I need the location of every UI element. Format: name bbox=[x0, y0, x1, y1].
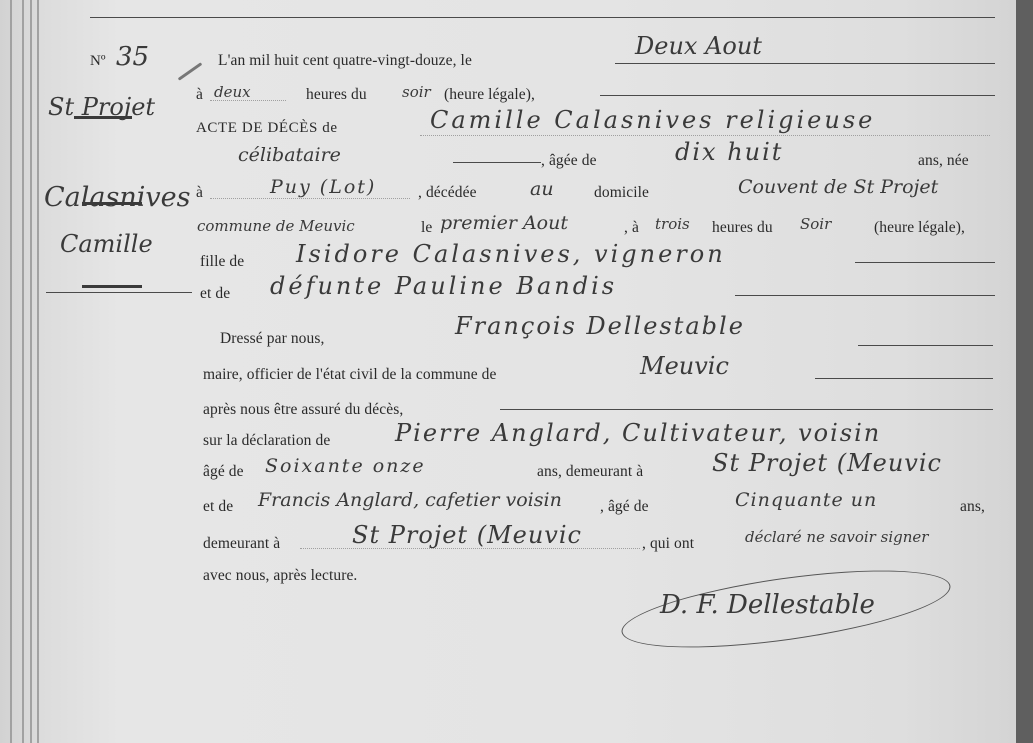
scan-border bbox=[1016, 0, 1033, 743]
margin-divider bbox=[82, 202, 142, 205]
handwritten-status: célibataire bbox=[238, 144, 341, 166]
printed-text: à bbox=[196, 86, 203, 104]
handwritten-death-hour: trois bbox=[655, 215, 690, 233]
printed-text: , âgé de bbox=[600, 498, 649, 516]
margin-bottom-rule bbox=[46, 292, 192, 293]
handwritten-commune: commune de Meuvic bbox=[197, 217, 355, 235]
fill-line bbox=[600, 95, 995, 96]
margin-surname: Calasnives bbox=[44, 182, 190, 213]
handwritten-death-period: Soir bbox=[800, 215, 831, 233]
printed-text: , âgée de bbox=[541, 152, 597, 170]
fill-line bbox=[453, 162, 541, 163]
act-title: ACTE DE DÉCÈS de bbox=[196, 120, 338, 137]
binding-line bbox=[37, 0, 39, 743]
fill-line bbox=[815, 378, 993, 379]
printed-text: (heure légale), bbox=[874, 219, 965, 237]
margin-given-name: Camille bbox=[60, 230, 153, 258]
handwritten-note: déclaré ne savoir signer bbox=[745, 528, 928, 546]
printed-text: ans, née bbox=[918, 152, 969, 170]
handwritten-period: soir bbox=[402, 83, 431, 101]
printed-text: ans, bbox=[960, 498, 985, 516]
handwritten-age-2: Cinquante un bbox=[735, 489, 877, 511]
entry-number-label: Nº bbox=[90, 53, 106, 70]
handwritten-deceased-name: Camille Calasnives religieuse bbox=[430, 106, 875, 134]
handwritten-mayor: François Dellestable bbox=[455, 312, 745, 340]
handwritten-commune-mayor: Meuvic bbox=[640, 352, 729, 380]
printed-text: avec nous, après lecture. bbox=[203, 567, 357, 585]
binding-line bbox=[10, 0, 12, 743]
printed-text: , à bbox=[624, 219, 639, 237]
margin-divider bbox=[74, 116, 132, 119]
printed-text: sur la déclaration de bbox=[203, 432, 330, 450]
handwritten-residence-1: St Projet (Meuvic bbox=[712, 449, 942, 477]
printed-text: le bbox=[421, 219, 432, 237]
printed-text: fille de bbox=[200, 253, 244, 271]
printed-text: , qui ont bbox=[642, 535, 694, 553]
handwritten-residence-2: St Projet (Meuvic bbox=[352, 521, 582, 549]
fill-line bbox=[615, 63, 995, 64]
handwritten-hour: deux bbox=[214, 83, 251, 101]
fill-line bbox=[855, 262, 995, 263]
printed-text: heures du bbox=[306, 86, 367, 104]
fill-line bbox=[300, 548, 640, 550]
pencil-mark bbox=[178, 62, 203, 81]
printed-text: maire, officier de l'état civil de la co… bbox=[203, 366, 497, 384]
handwritten-declarant-1: Pierre Anglard, Cultivateur, voisin bbox=[395, 419, 881, 447]
mayor-signature: D. F. Dellestable bbox=[660, 590, 875, 620]
fill-line bbox=[210, 100, 286, 102]
handwritten-date: Deux Aout bbox=[635, 32, 762, 60]
handwritten-birthplace: Puy (Lot) bbox=[270, 176, 376, 198]
printed-text: Dressé par nous, bbox=[220, 330, 324, 348]
handwritten-declarant-2: Francis Anglard, cafetier voisin bbox=[258, 489, 562, 511]
printed-text: et de bbox=[200, 285, 230, 303]
printed-text: âgé de bbox=[203, 463, 244, 481]
printed-text: ans, demeurant à bbox=[537, 463, 643, 481]
handwritten-domicile: Couvent de St Projet bbox=[738, 176, 938, 198]
printed-text: heures du bbox=[712, 219, 773, 237]
margin-divider bbox=[82, 285, 142, 288]
handwritten-age: dix huit bbox=[675, 138, 783, 166]
fill-line bbox=[500, 409, 993, 410]
printed-text: L'an mil huit cent quatre-vingt-douze, l… bbox=[218, 52, 472, 70]
handwritten-mother: défunte Pauline Bandis bbox=[270, 272, 617, 300]
register-page: Nº 35 St Projet Calasnives Camille L'an … bbox=[0, 0, 1016, 743]
binding-line bbox=[22, 0, 24, 743]
printed-text: (heure légale), bbox=[444, 86, 535, 104]
binding-line bbox=[30, 0, 32, 743]
fill-line bbox=[210, 198, 410, 200]
fill-line bbox=[735, 295, 995, 296]
printed-text: , décédée bbox=[418, 184, 477, 202]
top-rule bbox=[90, 17, 995, 18]
printed-text: et de bbox=[203, 498, 233, 516]
fill-line bbox=[858, 345, 993, 346]
handwritten-text: au bbox=[530, 178, 554, 200]
handwritten-father: Isidore Calasnives, vigneron bbox=[296, 240, 726, 268]
entry-number: 35 bbox=[116, 42, 149, 72]
printed-text: demeurant à bbox=[203, 535, 280, 553]
fill-line bbox=[420, 135, 990, 137]
printed-text: à bbox=[196, 184, 203, 202]
handwritten-age-1: Soixante onze bbox=[265, 455, 426, 477]
handwritten-death-day: premier Aout bbox=[440, 212, 568, 234]
printed-text: après nous être assuré du décès, bbox=[203, 401, 403, 419]
printed-text: domicile bbox=[594, 184, 649, 202]
